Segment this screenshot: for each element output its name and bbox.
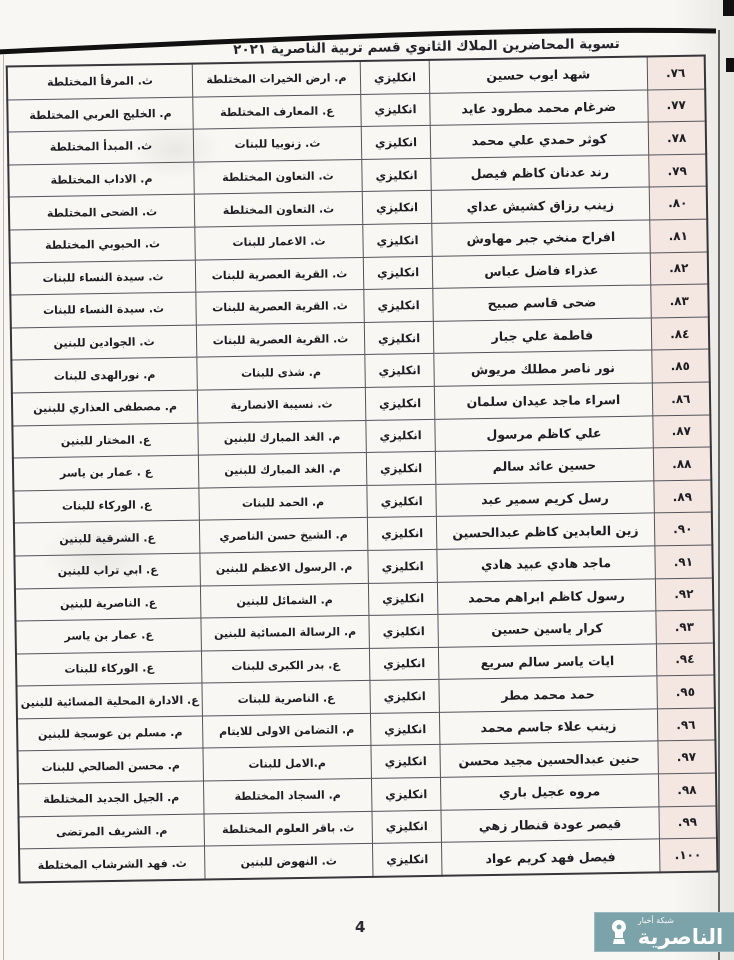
school-to-cell: ع. ابي تراب للبنين xyxy=(14,553,200,589)
row-number-cell: ٧٧. xyxy=(647,89,705,123)
school-from-cell: م. الشمائل للبنين xyxy=(200,583,368,618)
subject-cell: انكليزي xyxy=(370,712,440,746)
subject-cell: انكليزي xyxy=(361,126,431,160)
school-from-cell: م. السجاد المختلطة xyxy=(203,778,371,813)
lecturer-name-cell: رسول كاظم ابراهم محمد xyxy=(438,578,656,614)
school-from-cell: م. الرسالة المسائية للبنين xyxy=(201,616,369,651)
row-number-cell: ٨٣. xyxy=(650,284,708,318)
subject-cell: انكليزي xyxy=(368,582,438,616)
school-from-cell: م. ارض الخيرات المختلطة xyxy=(192,61,360,97)
lecturer-name-cell: زينب علاء جاسم محمد xyxy=(440,709,658,745)
school-from-cell: م.الامل للبنات xyxy=(203,746,371,781)
row-number-cell: ٧٩. xyxy=(648,154,706,188)
subject-cell: انكليزي xyxy=(372,810,442,844)
lecturer-name-cell: رند عدنان كاظم فيصل xyxy=(431,155,649,191)
row-number-cell: ٩٤. xyxy=(656,643,714,677)
school-to-cell: ع. المختار للبنين xyxy=(12,423,198,459)
school-to-cell: ث. فهد الشرشاب المختلطة xyxy=(19,846,205,882)
scanned-document-page: { "page": { "title": "تسوية المحاضرين ال… xyxy=(0,0,734,960)
school-to-cell: ع. الشرقية للبنين xyxy=(14,520,200,556)
row-number-cell: ٩٧. xyxy=(657,740,715,774)
subject-cell: انكليزي xyxy=(364,289,434,323)
school-to-cell: ع . عمار بن ياسر xyxy=(13,455,199,491)
school-from-cell: ث. التعاون المختلطة xyxy=(194,159,362,194)
row-number-cell: ٩٦. xyxy=(657,708,715,742)
row-number-cell: ٩٨. xyxy=(658,773,716,807)
school-to-cell: م. الخليج العربي المختلطة xyxy=(7,97,193,133)
row-number-cell: ٩١. xyxy=(654,545,712,579)
subject-cell: انكليزي xyxy=(363,256,433,290)
school-from-cell: م. الحمد للبنات xyxy=(199,485,367,520)
school-to-cell: ع. الناصرية للبنين xyxy=(15,586,201,622)
lecturer-name-cell: علي كاظم مرسول xyxy=(435,415,653,451)
lecturer-name-cell: ضرغام محمد مطرود عايد xyxy=(430,90,648,126)
subject-cell: انكليزي xyxy=(365,354,435,388)
row-number-cell: ٨٨. xyxy=(653,447,711,481)
school-to-cell: م. محسن الصالحي للبنات xyxy=(18,749,204,785)
subject-cell: انكليزي xyxy=(365,386,435,420)
school-from-cell: م. شذى للبنات xyxy=(197,355,365,390)
lecturer-name-cell: قيصر عودة قنطار زهي xyxy=(441,807,659,843)
subject-cell: انكليزي xyxy=(371,777,441,811)
lecturer-name-cell: ايات ياسر سالم سريع xyxy=(439,644,657,680)
subject-cell: انكليزي xyxy=(367,517,437,551)
lecturer-name-cell: حنين عبدالحسين مجيد محسن xyxy=(440,741,658,777)
school-to-cell: ث. الجوادين للبنين xyxy=(11,325,197,361)
row-number-cell: ٩٣. xyxy=(655,610,713,644)
lecturers-roster-table: ٧٦. شهد ايوب حسين انكليزي م. ارض الخيرات… xyxy=(6,55,719,884)
row-number-cell: ٨٩. xyxy=(653,480,711,514)
lecturer-name-cell: زينب رزاق كشيش عداي xyxy=(431,187,649,223)
lecturer-name-cell: زين العابدين كاظم عبدالحسين xyxy=(437,513,655,549)
row-number-cell: ٩٢. xyxy=(655,578,713,612)
subject-cell: انكليزي xyxy=(364,321,434,355)
row-number-cell: ٨٧. xyxy=(652,415,710,449)
subject-cell: انكليزي xyxy=(362,158,432,192)
row-number-cell: ١٠٠. xyxy=(659,838,717,872)
row-number-cell: ٨٥. xyxy=(651,349,709,383)
lecturer-name-cell: مروه عجيل باري xyxy=(441,774,659,810)
document-content: تسوية المحاضرين الملاك الثانوي قسم تربية… xyxy=(5,34,722,883)
row-number-cell: ٨٤. xyxy=(651,317,709,351)
school-from-cell: ث. النهوض للبنين xyxy=(204,844,372,880)
school-from-cell: م. الشيخ حسن الناصري xyxy=(199,518,367,553)
nasiriyah-network-logo-icon xyxy=(607,918,631,946)
school-from-cell: م. الغد المبارك للبنين xyxy=(198,420,366,455)
page-number: 4 xyxy=(355,918,365,936)
subject-cell: انكليزي xyxy=(370,680,440,714)
lecturer-name-cell: اسراء ماجد عيدان سلمان xyxy=(434,383,652,419)
row-number-cell: ٨١. xyxy=(649,219,707,253)
row-number-cell: ٨٢. xyxy=(650,252,708,286)
school-to-cell: م. مسلم بن عوسجة للبنين xyxy=(17,716,203,752)
lecturer-name-cell: فاطمة علي جبار xyxy=(433,318,651,354)
school-from-cell: م. الغد المبارك للبنين xyxy=(198,453,366,488)
subject-cell: انكليزي xyxy=(361,93,431,127)
lecturer-name-cell: ضحى قاسم صبيح xyxy=(433,285,651,321)
scan-artifact-mark xyxy=(723,0,734,16)
school-from-cell: ث. باقر العلوم المختلطة xyxy=(204,811,372,846)
watermark-text: شبكة أخبار الناصرية xyxy=(638,917,724,948)
school-from-cell: ث. القرية العصرية للبنات xyxy=(195,257,363,292)
school-from-cell: ث. نسيبة الانصارية xyxy=(197,387,365,422)
lecturer-name-cell: رسل كريم سمير عبد xyxy=(436,481,654,517)
school-to-cell: م. نورالهدى للبنات xyxy=(11,357,197,393)
subject-cell: انكليزي xyxy=(360,60,430,94)
watermark-title: الناصرية xyxy=(638,927,724,948)
school-from-cell: ع. الناصرية للبنات xyxy=(202,681,370,716)
school-from-cell: م. التضامن الاولى للايتام xyxy=(202,713,370,748)
lecturer-name-cell: شهد ايوب حسين xyxy=(429,56,647,93)
school-to-cell: م. الشريف المرتضى xyxy=(19,814,205,850)
school-from-cell: ع. المعارف المختلطة xyxy=(193,94,361,129)
lecturer-name-cell: نور ناصر مطلك مريوش xyxy=(434,350,652,386)
school-to-cell: ع. الوركاء للبنات xyxy=(13,488,199,524)
subject-cell: انكليزي xyxy=(367,484,437,518)
subject-cell: انكليزي xyxy=(371,745,441,779)
school-to-cell: ع. الادارة المحلية المسائية للبنين xyxy=(16,683,202,719)
lecturer-name-cell: حمد محمد مطر xyxy=(439,676,657,712)
row-number-cell: ٨٠. xyxy=(649,186,707,220)
school-to-cell: م. الجيل الجديد المختلطة xyxy=(18,781,204,817)
school-to-cell: ع. عمار بن ياسر xyxy=(15,618,201,654)
subject-cell: انكليزي xyxy=(366,451,436,485)
subject-cell: انكليزي xyxy=(362,191,432,225)
row-number-cell: ٩٥. xyxy=(656,675,714,709)
row-number-cell: ٧٨. xyxy=(648,121,706,155)
subject-cell: انكليزي xyxy=(363,223,433,257)
school-to-cell: ث. المبدأ المختلطة xyxy=(8,129,194,165)
subject-cell: انكليزي xyxy=(368,549,438,583)
subject-cell: انكليزي xyxy=(372,843,442,877)
row-number-cell: ٨٦. xyxy=(652,382,710,416)
school-to-cell: ث. الحبوبي المختلطة xyxy=(9,227,195,263)
school-from-cell: ث. زنوبيا للبنات xyxy=(193,127,361,162)
school-from-cell: ع. بدر الكبرى للبنات xyxy=(201,648,369,683)
school-to-cell: ث. الضحى المختلطة xyxy=(9,194,195,230)
school-from-cell: ث. القرية العصرية للبنات xyxy=(196,290,364,325)
school-to-cell: م. مصطفى العذاري للبنين xyxy=(12,390,198,426)
roster-table-body: ٧٦. شهد ايوب حسين انكليزي م. ارض الخيرات… xyxy=(7,56,718,883)
subject-cell: انكليزي xyxy=(369,614,439,648)
subject-cell: انكليزي xyxy=(366,419,436,453)
row-number-cell: ٩٩. xyxy=(658,806,716,840)
school-from-cell: ث. التعاون المختلطة xyxy=(194,192,362,227)
school-to-cell: ع. الوركاء للبنات xyxy=(16,651,202,687)
lecturer-name-cell: فيصل فهد كريم عواد xyxy=(442,839,660,876)
subject-cell: انكليزي xyxy=(369,647,439,681)
school-to-cell: م. الاداب المختلطة xyxy=(8,162,194,198)
lecturer-name-cell: افراح منخي جبر مهاوش xyxy=(432,220,650,256)
lecturer-name-cell: كرار ياسين حسين xyxy=(438,611,656,647)
watermark-subtitle: شبكة أخبار xyxy=(638,917,674,925)
school-to-cell: ث. المرفأ المختلطة xyxy=(7,64,193,100)
lecturer-name-cell: كوثر حمدي علي محمد xyxy=(430,122,648,158)
scan-artifact-mark xyxy=(726,58,734,72)
lecturer-name-cell: عذراء فاضل عباس xyxy=(432,253,650,289)
lecturer-name-cell: حسين عائد سالم xyxy=(435,448,653,484)
page-edge-shadow xyxy=(3,55,4,960)
news-network-watermark: شبكة أخبار الناصرية xyxy=(594,912,734,952)
lecturer-name-cell: ماجد هادي عبيد هادي xyxy=(437,546,655,582)
school-from-cell: م. الرسول الاعظم للبنين xyxy=(200,550,368,585)
school-from-cell: ث. الاعمار للبنات xyxy=(195,224,363,259)
row-number-cell: ٩٠. xyxy=(654,512,712,546)
row-number-cell: ٧٦. xyxy=(647,56,705,90)
school-to-cell: ث. سيدة النساء للبنات xyxy=(10,260,196,296)
school-from-cell: ث. القرية العصرية للبنات xyxy=(196,322,364,357)
school-to-cell: ث. سيدة النساء للبنات xyxy=(10,292,196,328)
